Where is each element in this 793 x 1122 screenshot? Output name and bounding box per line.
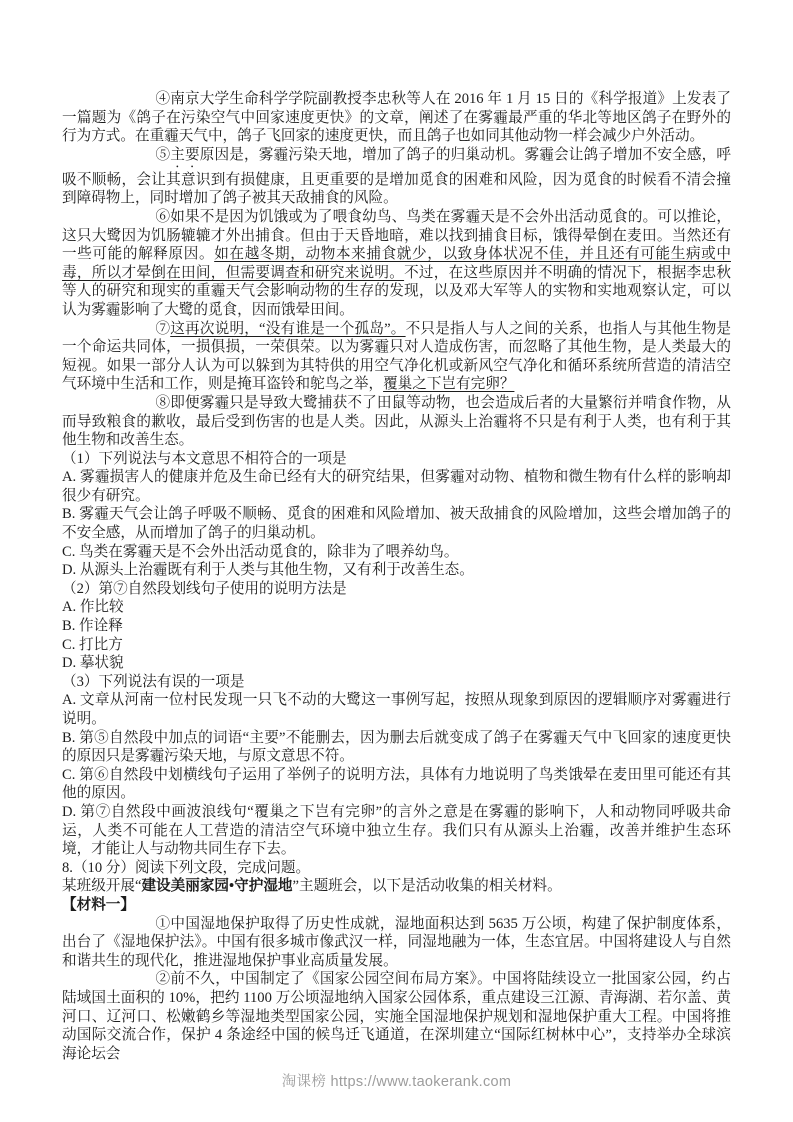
question-2-option-a: A. 作比较 (62, 598, 731, 617)
paragraph-7-number: ⑦ (155, 321, 170, 337)
passage-paragraph-8: ⑧即便雾霾只是导致大鹭捕获不了田鼠等动物，也会造成后者的大量繁衍并啃食作物，从而… (62, 394, 731, 450)
question-3-option-d: D. 第⑦自然段中画波浪线句“覆巢之下岂有完卵”的言外之意是在雾霾的影响下，人和… (62, 803, 731, 859)
material-1-label: 【材料一】 (62, 896, 731, 915)
question-2-stem: （2）第⑦自然段划线句子使用的说明方法是 (62, 580, 731, 599)
question-1-option-a: A. 雾霾损害人的健康并危及生命已经有大的研究结果，但雾霾对动物、植物和微生物有… (62, 468, 731, 505)
question-1-option-b: B. 雾霾天气会让鸽子呼吸不顺畅、觅食的困难和风险增加、被天敌捕食的风险增加，这… (62, 505, 731, 542)
question-8-intro: 某班级开展“建设美丽家园•守护湿地”主题班会，以下是活动收集的相关材料。 (62, 877, 731, 896)
question-3-option-a: A. 文章从河南一位村民发现一只飞不动的大鹭这一事例写起，按照从现象到原因的逻辑… (62, 691, 731, 728)
passage-paragraph-6: ⑥如果不是因为饥饿或为了喂食幼鸟、鸟类在雾霾天是不会外出活动觅食的。可以推论，这… (62, 208, 731, 320)
question-8-intro-pre: 某班级开展“ (62, 878, 141, 894)
material-1-paragraph-1: ①中国湿地保护取得了历史性成就，湿地面积达到 5635 万公顷，构建了保护制度体… (62, 915, 731, 971)
question-8-theme-title: 建设美丽家园•守护湿地 (141, 878, 292, 894)
paragraph-7-underlined-sentence-1: 这再次说明，“没有谁是一个孤岛”。 (170, 321, 405, 337)
question-3-option-b: B. 第⑤自然段中加点的词语“主要”不能删去，因为删去后就变成了鸽子在雾霾天气中… (62, 729, 731, 766)
paragraph-5-number: ⑤ (155, 147, 170, 163)
paragraph-7-underlined-sentence-2: 覆巢之下岂有完卵？ (383, 376, 514, 392)
question-1-option-d: D. 从源头上治霾既有利于人类与其他生物，又有利于改善生态。 (62, 561, 731, 580)
question-1-option-c: C. 鸟类在雾霾天是不会外出活动觅食的，除非为了喂养幼鸟。 (62, 543, 731, 562)
passage-paragraph-7: ⑦这再次说明，“没有谁是一个孤岛”。不只是指人与人之间的关系，也指人与其他生物是… (62, 320, 731, 394)
question-3-stem: （3）下列说法有误的一项是 (62, 673, 731, 692)
question-3-option-c: C. 第⑥自然段中划横线句子运用了举例子的说明方法，具体有力地说明了鸟类饿晕在麦… (62, 766, 731, 803)
question-2-option-b: B. 作诠释 (62, 617, 731, 636)
passage-paragraph-4: ④南京大学生命科学学院副教授李忠秋等人在 2016 年 1 月 15 日的《科学… (62, 90, 731, 146)
footer-site-url: 淘课榜 https://www.taokerank.com (282, 1074, 512, 1090)
emphasis-dotted-word: 主要 (170, 147, 200, 163)
question-2-option-d: D. 摹状貌 (62, 654, 731, 673)
question-8-heading: 8.（10 分）阅读下列文段，完成问题。 (62, 859, 731, 878)
exam-content: ④南京大学生命科学学院副教授李忠秋等人在 2016 年 1 月 15 日的《科学… (62, 90, 731, 1063)
question-8-intro-post: ”主题班会，以下是活动收集的相关材料。 (293, 878, 562, 894)
material-1-paragraph-2: ②前不久，中国制定了《国家公园空间布局方案》。中国将陆续设立一批国家公园，约占陆… (62, 970, 731, 1063)
footer-watermark: 淘课榜 https://www.taokerank.com (0, 1070, 793, 1091)
question-2-option-c: C. 打比方 (62, 636, 731, 655)
question-1-stem: （1）下列说法与本文意思不相符合的一项是 (62, 450, 731, 469)
passage-paragraph-5: ⑤主要原因是，雾霾污染天地，增加了鸽子的归巢动机。雾霾会让鸽子增加不安全感，呼吸… (62, 146, 731, 208)
